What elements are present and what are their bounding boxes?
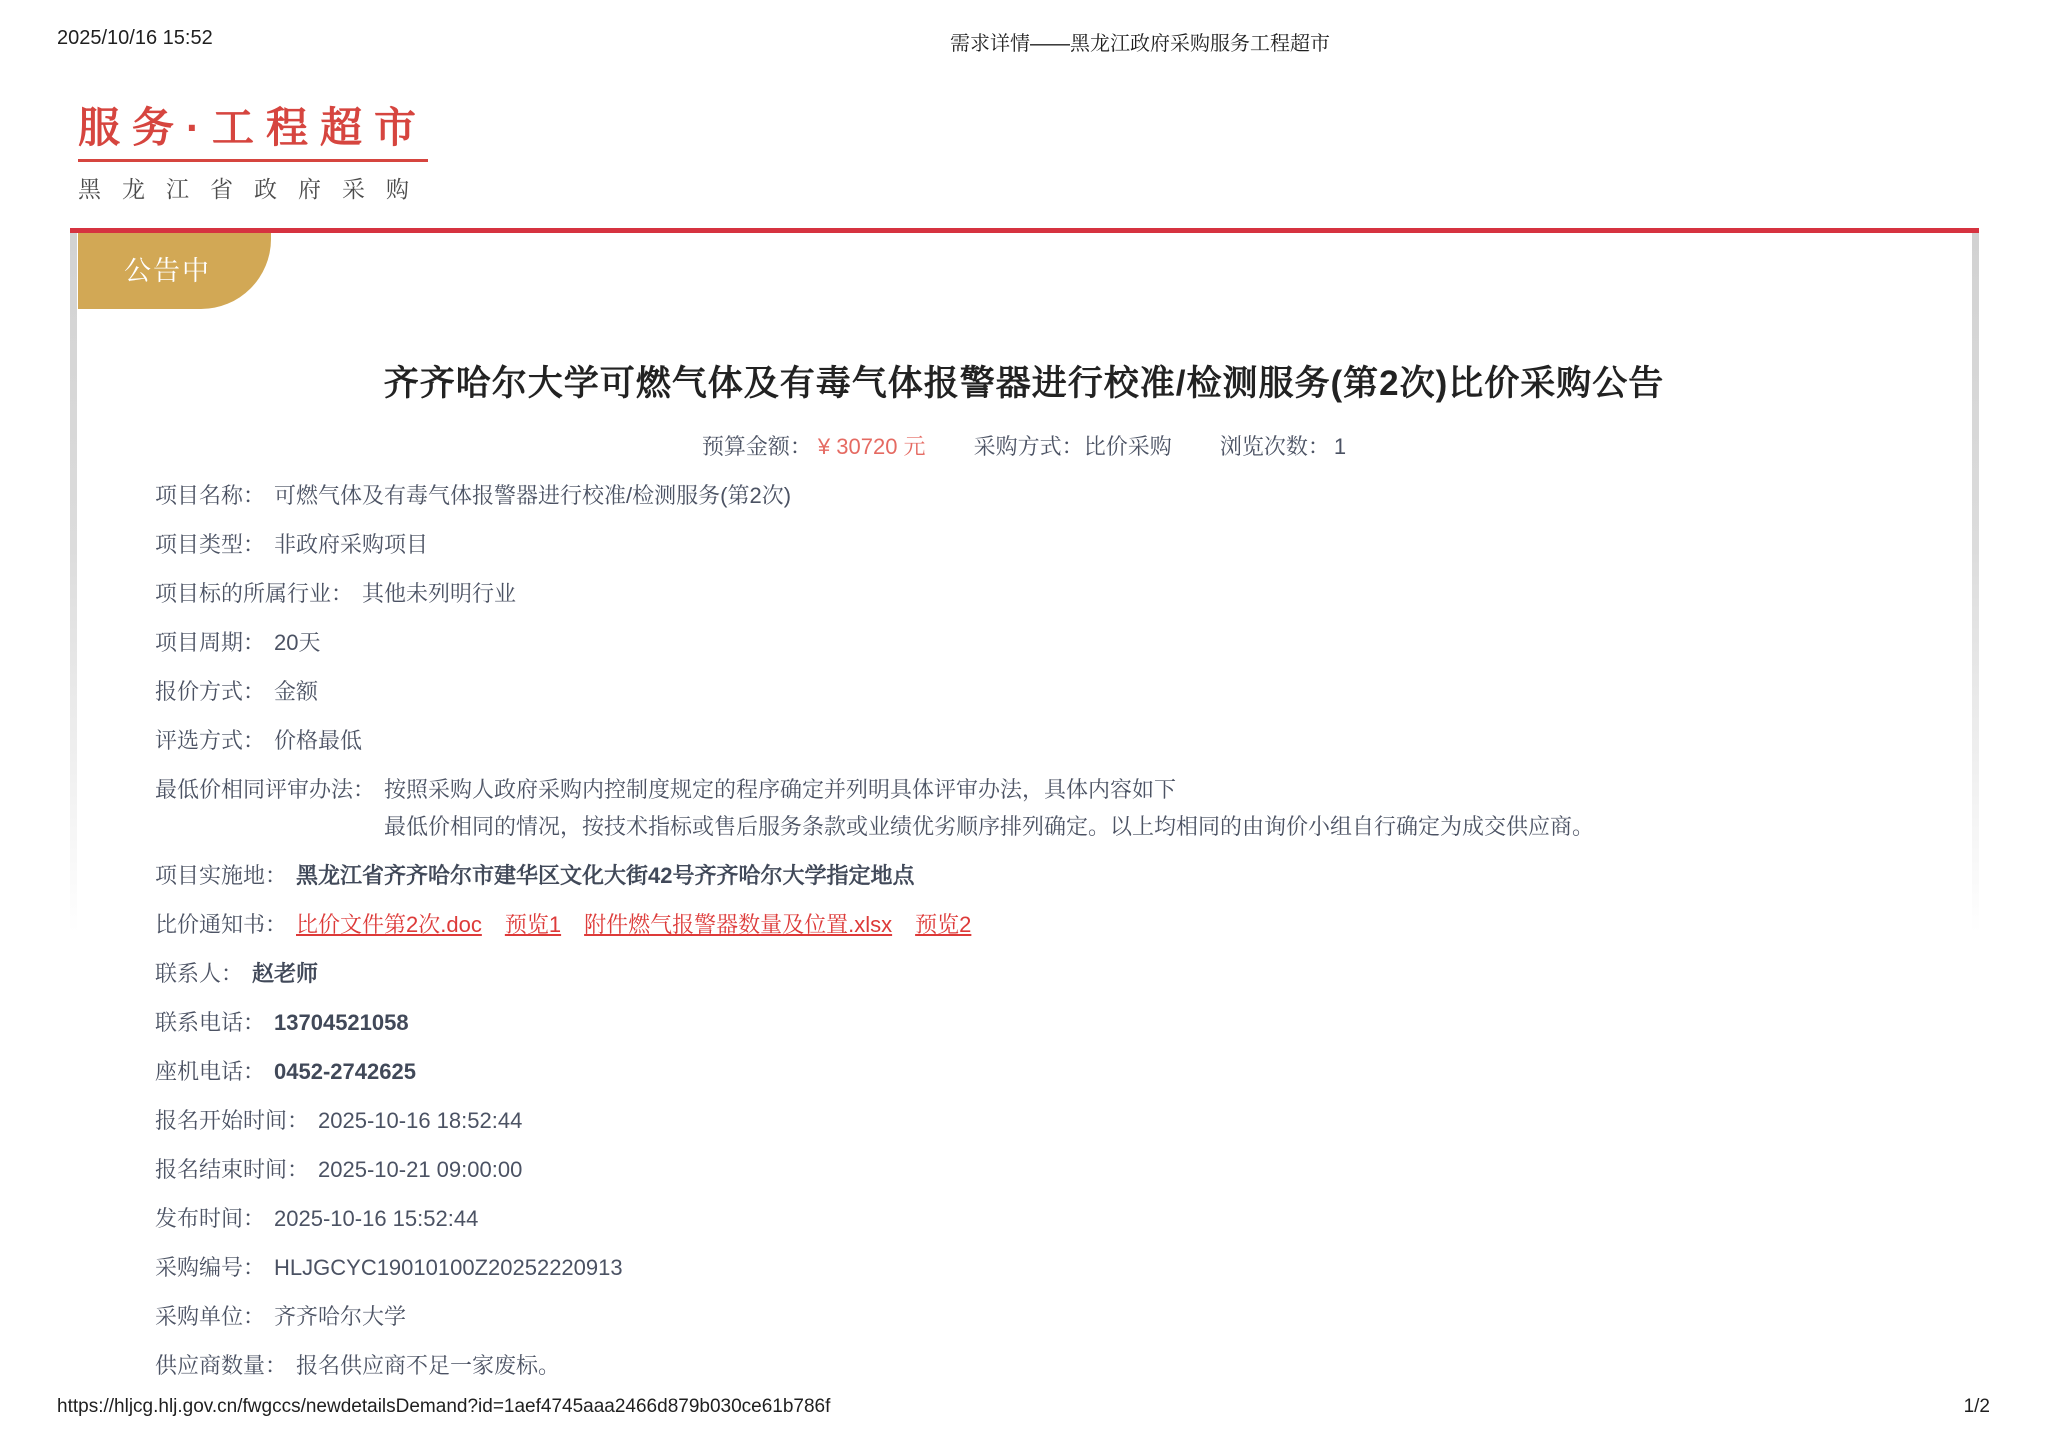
- print-footer-page-number: 1/2: [1964, 1396, 1990, 1418]
- field-value-purchasing-unit: 齐齐哈尔大学: [274, 1305, 406, 1328]
- field-value-line: 最低价相同的情况，按技术指标或售后服务条款或业绩优劣顺序排列确定。以上均相同的由…: [384, 815, 1594, 838]
- print-header-title: 需求详情——黑龙江政府采购服务工程超市: [116, 27, 2048, 56]
- field-row-contact-phone: 联系电话：13704521058: [155, 1011, 1915, 1034]
- field-row-landline-phone: 座机电话：0452-2742625: [155, 1060, 1915, 1083]
- purchase-method-value: 比价采购: [1084, 434, 1172, 459]
- field-row-contact-person: 联系人：赵老师: [155, 962, 1915, 985]
- field-label-landline-phone: 座机电话：: [155, 1060, 265, 1083]
- status-badge: 公告中: [78, 233, 271, 309]
- field-value-signup-start: 2025-10-16 18:52:44: [318, 1109, 522, 1132]
- field-value-tie-break-method: 按照采购人政府采购内控制度规定的程序确定并列明具体评审办法，具体内容如下最低价相…: [384, 778, 1594, 838]
- field-row-signup-start: 报名开始时间：2025-10-16 18:52:44: [155, 1109, 1915, 1132]
- print-page: 2025/10/16 15:52 需求详情——黑龙江政府采购服务工程超市 服务·…: [0, 0, 2048, 1447]
- field-value-contact-person: 赵老师: [252, 962, 318, 985]
- field-row-duration: 项目周期：20天: [155, 631, 1915, 654]
- purchase-method-label: 采购方式：: [974, 434, 1084, 459]
- budget-value: ¥ 30720 元: [818, 434, 926, 459]
- field-value-contact-phone: 13704521058: [274, 1011, 409, 1034]
- preview-2-link[interactable]: 预览2: [915, 912, 971, 937]
- field-label-project-name: 项目名称：: [155, 484, 265, 507]
- field-label-tie-break-method: 最低价相同评审办法：: [155, 778, 375, 801]
- preview-1-link[interactable]: 预览1: [505, 912, 561, 937]
- fields-list: 项目名称：可燃气体及有毒气体报警器进行校准/检测服务(第2次)项目类型：非政府采…: [155, 484, 1915, 1403]
- field-row-industry: 项目标的所属行业：其他未列明行业: [155, 582, 1915, 605]
- card-left-edge: [70, 233, 77, 933]
- attachment-xlsx-link[interactable]: 附件燃气报警器数量及位置.xlsx: [584, 912, 892, 937]
- field-row-project-name: 项目名称：可燃气体及有毒气体报警器进行校准/检测服务(第2次): [155, 484, 1915, 507]
- field-label-signup-end: 报名结束时间：: [155, 1158, 309, 1181]
- field-row-selection-method: 评选方式：价格最低: [155, 729, 1915, 752]
- field-label-procurement-number: 采购编号：: [155, 1256, 265, 1279]
- field-label-purchasing-unit: 采购单位：: [155, 1305, 265, 1328]
- field-row-purchasing-unit: 采购单位：齐齐哈尔大学: [155, 1305, 1915, 1328]
- field-value-project-type: 非政府采购项目: [274, 533, 428, 556]
- view-count-value: 1: [1334, 434, 1346, 459]
- field-value-procurement-number: HLJGCYC19010100Z20252220913: [274, 1256, 623, 1279]
- field-value-quote-method: 金额: [274, 680, 318, 703]
- print-footer-url: https://hljcg.hlj.gov.cn/fwgccs/newdetai…: [57, 1396, 830, 1418]
- field-value-publish-time: 2025-10-16 15:52:44: [274, 1207, 478, 1230]
- field-value-duration: 20天: [274, 631, 320, 654]
- notice-doc-link[interactable]: 比价文件第2次.doc: [296, 912, 482, 937]
- field-row-location: 项目实施地：黑龙江省齐齐哈尔市建华区文化大街42号齐齐哈尔大学指定地点: [155, 864, 1915, 887]
- budget-label: 预算金额：: [702, 434, 812, 459]
- view-count-label: 浏览次数：: [1220, 434, 1330, 459]
- field-label-signup-start: 报名开始时间：: [155, 1109, 309, 1132]
- field-label-contact-person: 联系人：: [155, 962, 243, 985]
- field-label-selection-method: 评选方式：: [155, 729, 265, 752]
- site-logo-title: 服务·工程超市: [78, 104, 428, 162]
- field-row-supplier-count: 供应商数量：报名供应商不足一家废标。: [155, 1354, 1915, 1377]
- field-value-selection-method: 价格最低: [274, 729, 362, 752]
- field-label-project-type: 项目类型：: [155, 533, 265, 556]
- field-label-notice-files: 比价通知书：: [155, 913, 287, 936]
- field-row-quote-method: 报价方式：金额: [155, 680, 1915, 703]
- field-label-quote-method: 报价方式：: [155, 680, 265, 703]
- view-count-meta: 浏览次数：1: [1220, 434, 1346, 459]
- site-logo: 服务·工程超市 黑龙江省政府采购: [78, 104, 430, 204]
- field-row-procurement-number: 采购编号：HLJGCYC19010100Z20252220913: [155, 1256, 1915, 1279]
- site-logo-subtitle: 黑龙江省政府采购: [78, 171, 430, 204]
- field-label-publish-time: 发布时间：: [155, 1207, 265, 1230]
- field-value-location: 黑龙江省齐齐哈尔市建华区文化大街42号齐齐哈尔大学指定地点: [296, 864, 914, 887]
- field-value-line: 按照采购人政府采购内控制度规定的程序确定并列明具体评审办法，具体内容如下: [384, 778, 1594, 801]
- field-label-location: 项目实施地：: [155, 864, 287, 887]
- field-label-supplier-count: 供应商数量：: [155, 1354, 287, 1377]
- field-label-duration: 项目周期：: [155, 631, 265, 654]
- field-label-contact-phone: 联系电话：: [155, 1011, 265, 1034]
- field-row-signup-end: 报名结束时间：2025-10-21 09:00:00: [155, 1158, 1915, 1181]
- field-row-publish-time: 发布时间：2025-10-16 15:52:44: [155, 1207, 1915, 1230]
- field-value-supplier-count: 报名供应商不足一家废标。: [296, 1354, 560, 1377]
- field-links-notice-files: 比价文件第2次.doc预览1附件燃气报警器数量及位置.xlsx预览2: [296, 913, 994, 936]
- budget-meta: 预算金额：¥ 30720 元: [702, 434, 926, 459]
- card-top-rule: [70, 228, 1979, 233]
- purchase-method-meta: 采购方式：比价采购: [974, 434, 1172, 459]
- card-right-edge: [1972, 233, 1979, 933]
- announcement-title: 齐齐哈尔大学可燃气体及有毒气体报警器进行校准/检测服务(第2次)比价采购公告: [100, 356, 1948, 406]
- field-row-notice-files: 比价通知书：比价文件第2次.doc预览1附件燃气报警器数量及位置.xlsx预览2: [155, 913, 1915, 936]
- field-value-landline-phone: 0452-2742625: [274, 1060, 416, 1083]
- field-value-signup-end: 2025-10-21 09:00:00: [318, 1158, 522, 1181]
- field-row-tie-break-method: 最低价相同评审办法：按照采购人政府采购内控制度规定的程序确定并列明具体评审办法，…: [155, 778, 1915, 838]
- field-value-industry: 其他未列明行业: [362, 582, 516, 605]
- field-value-project-name: 可燃气体及有毒气体报警器进行校准/检测服务(第2次): [274, 484, 791, 507]
- field-label-industry: 项目标的所属行业：: [155, 582, 353, 605]
- announcement-meta: 预算金额：¥ 30720 元 采购方式：比价采购 浏览次数：1: [0, 430, 2048, 461]
- field-row-project-type: 项目类型：非政府采购项目: [155, 533, 1915, 556]
